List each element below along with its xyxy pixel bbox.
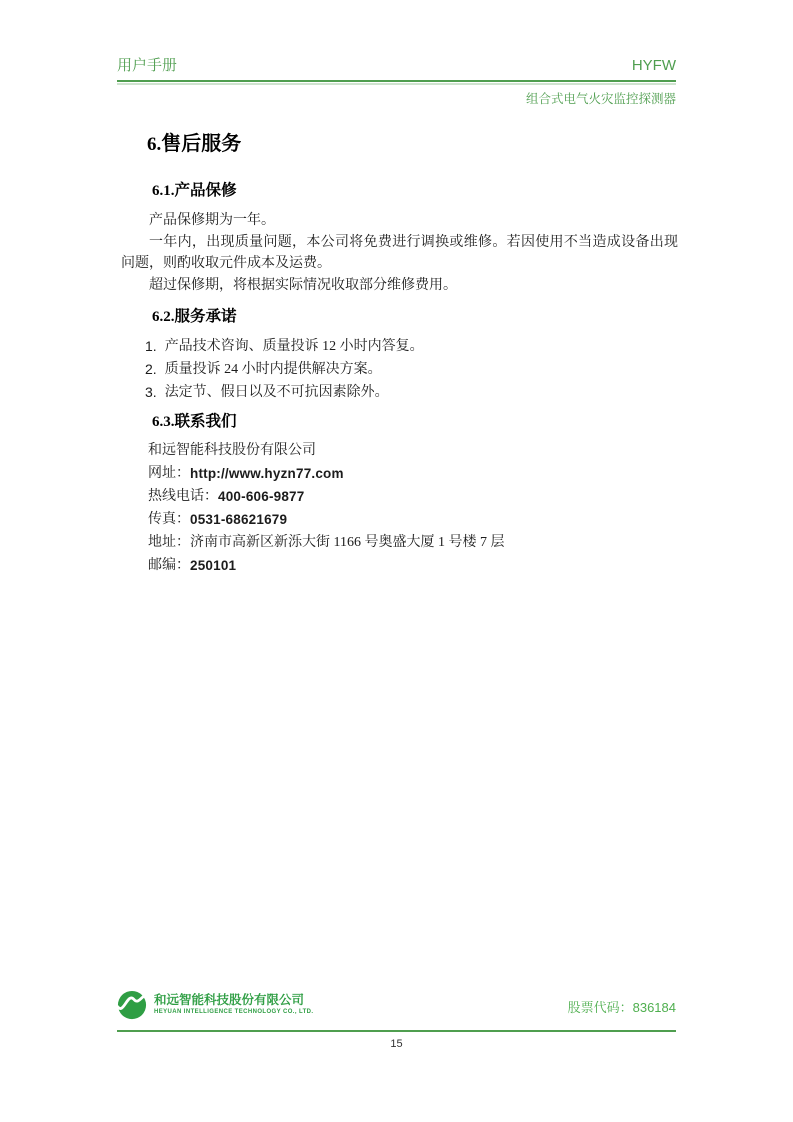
contact-label: 地址： xyxy=(148,531,190,554)
contact-row-address: 地址： 济南市高新区新泺大街 1166 号奥盛大厦 1 号楼 7 层 xyxy=(148,531,678,554)
address-text: 济南市高新区新泺大街 1166 号奥盛大厦 1 号楼 7 层 xyxy=(190,531,504,554)
footer-company-name-cn: 和远智能科技股份有限公司 xyxy=(154,993,313,1008)
header-model: HYFW xyxy=(632,57,676,74)
page-number: 15 xyxy=(0,1038,793,1050)
header-rule-dark xyxy=(117,80,676,82)
contact-company-name: 和远智能科技股份有限公司 xyxy=(148,439,678,462)
contact-row-hotline: 热线电话： 400-606-9877 xyxy=(148,485,678,508)
contact-row-fax: 传真： 0531-68621679 xyxy=(148,508,678,531)
paragraph: 产品保修期为一年。 xyxy=(121,210,678,232)
subsection-heading-service-commitment: 6.2.服务承诺 xyxy=(152,307,678,327)
subsection-heading-contact-us: 6.3.联系我们 xyxy=(152,412,678,432)
company-logo-icon xyxy=(117,990,147,1020)
website-url[interactable]: http://www.hyzn77.com xyxy=(190,462,344,485)
list-item: 1. 产品技术咨询、质量投诉 12 小时内答复。 xyxy=(145,335,678,358)
heading-number: 6.2. xyxy=(152,309,175,325)
list-item: 2. 质量投诉 24 小时内提供解决方案。 xyxy=(145,358,678,381)
footer-company-name-en: HEYUAN INTELLIGENCE TECHNOLOGY CO., LTD. xyxy=(154,1008,313,1017)
contact-row-website: 网址： http://www.hyzn77.com xyxy=(148,462,678,485)
contact-row-zipcode: 邮编： 250101 xyxy=(148,554,678,577)
contact-label: 网址： xyxy=(148,462,190,485)
company-logo-text: 和远智能科技股份有限公司 HEYUAN INTELLIGENCE TECHNOL… xyxy=(154,993,313,1017)
heading-title: 服务承诺 xyxy=(175,308,237,325)
list-item: 3. 法定节、假日以及不可抗因素除外。 xyxy=(145,381,678,404)
contact-label: 邮编： xyxy=(148,554,190,577)
paragraph: 一年内，出现质量问题，本公司将免费进行调换或维修。若因使用不当造成设备出现问题，… xyxy=(121,232,678,275)
heading-title: 产品保修 xyxy=(175,182,237,199)
contact-label: 传真： xyxy=(148,508,190,531)
list-marker: 2. xyxy=(145,358,157,381)
list-text: 法定节、假日以及不可抗因素除外。 xyxy=(165,381,389,404)
header-rule xyxy=(117,80,676,85)
header-rule-light xyxy=(117,83,676,85)
footer-rule xyxy=(117,1030,676,1032)
section-heading-after-sales: 6.售后服务 xyxy=(147,132,678,157)
paragraph: 超过保修期，将根据实际情况收取部分维修费用。 xyxy=(121,275,678,297)
subsection-heading-warranty: 6.1.产品保修 xyxy=(152,181,678,201)
hotline-number: 400-606-9877 xyxy=(218,485,304,508)
service-commitment-list: 1. 产品技术咨询、质量投诉 12 小时内答复。 2. 质量投诉 24 小时内提… xyxy=(145,335,678,404)
list-marker: 1. xyxy=(145,335,157,358)
contact-info: 和远智能科技股份有限公司 网址： http://www.hyzn77.com 热… xyxy=(148,439,678,577)
heading-number: 6.3. xyxy=(152,414,175,430)
document-body: 6.售后服务 6.1.产品保修 产品保修期为一年。 一年内，出现质量问题，本公司… xyxy=(121,132,678,577)
warranty-paragraphs: 产品保修期为一年。 一年内，出现质量问题，本公司将免费进行调换或维修。若因使用不… xyxy=(121,210,678,296)
company-logo: 和远智能科技股份有限公司 HEYUAN INTELLIGENCE TECHNOL… xyxy=(117,990,313,1020)
heading-number: 6. xyxy=(147,134,161,155)
fax-number: 0531-68621679 xyxy=(190,508,287,531)
product-subtitle: 组合式电气火灾监控探测器 xyxy=(117,89,676,107)
list-text: 产品技术咨询、质量投诉 12 小时内答复。 xyxy=(165,335,424,358)
heading-number: 6.1. xyxy=(152,183,175,199)
list-marker: 3. xyxy=(145,381,157,404)
page-footer: 和远智能科技股份有限公司 HEYUAN INTELLIGENCE TECHNOL… xyxy=(117,990,676,1020)
contact-label: 热线电话： xyxy=(148,485,218,508)
header-doc-type: 用户手册 xyxy=(117,54,177,75)
list-text: 质量投诉 24 小时内提供解决方案。 xyxy=(165,358,382,381)
page-header: 用户手册 HYFW xyxy=(117,54,676,75)
zip-code: 250101 xyxy=(190,554,236,577)
heading-title: 联系我们 xyxy=(175,413,237,430)
stock-code: 股票代码：836184 xyxy=(568,997,676,1020)
heading-title: 售后服务 xyxy=(161,133,241,155)
